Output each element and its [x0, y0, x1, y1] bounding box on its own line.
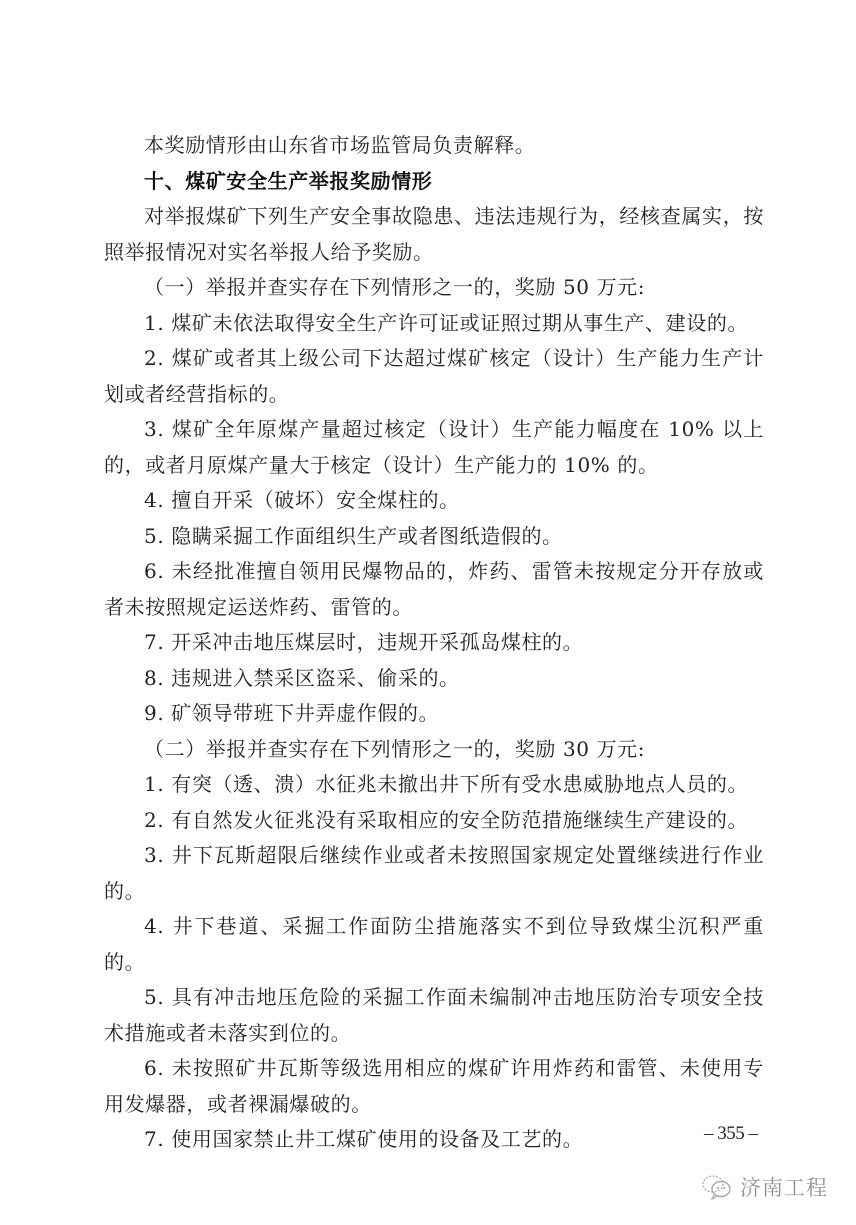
list-item: 4. 井下巷道、采掘工作面防尘措施落实不到位导致煤尘沉积严重的。	[104, 909, 764, 980]
list-item: 7. 开采冲击地压煤层时，违规开采孤岛煤柱的。	[104, 625, 764, 661]
list-item: 2. 煤矿或者其上级公司下达超过煤矿核定（设计）生产能力生产计划或者经营指标的。	[104, 341, 764, 412]
document-page: 本奖励情形由山东省市场监管局负责解释。 十、煤矿安全生产举报奖励情形 对举报煤矿…	[0, 0, 856, 1225]
subsection-heading-30w: （二）举报并查实存在下列情形之一的，奖励 30 万元:	[104, 732, 764, 768]
list-item: 5. 具有冲击地压危险的采掘工作面未编制冲击地压防治专项安全技术措施或者未落实到…	[104, 980, 764, 1051]
list-item: 7. 使用国家禁止井工煤矿使用的设备及工艺的。	[104, 1122, 764, 1158]
list-item: 6. 未经批准擅自领用民爆物品的，炸药、雷管未按规定分开存放或者未按照规定运送炸…	[104, 554, 764, 625]
list-item: 3. 煤矿全年原煤产量超过核定（设计）生产能力幅度在 10% 以上的，或者月原煤…	[104, 412, 764, 483]
document-body: 本奖励情形由山东省市场监管局负责解释。 十、煤矿安全生产举报奖励情形 对举报煤矿…	[104, 128, 764, 1158]
list-item: 9. 矿领导带班下井弄虚作假的。	[104, 696, 764, 732]
list-item: 8. 违规进入禁采区盗采、偷采的。	[104, 661, 764, 697]
page-number: – 355 –	[704, 1123, 758, 1145]
list-item: 4. 擅自开采（破坏）安全煤柱的。	[104, 483, 764, 519]
wechat-icon	[700, 1173, 734, 1201]
list-item: 6. 未按照矿井瓦斯等级选用相应的煤矿许用炸药和雷管、未使用专用发爆器，或者裸漏…	[104, 1051, 764, 1122]
list-item: 3. 井下瓦斯超限后继续作业或者未按照国家规定处置继续进行作业的。	[104, 838, 764, 909]
list-item: 5. 隐瞒采掘工作面组织生产或者图纸造假的。	[104, 519, 764, 555]
list-item: 2. 有自然发火征兆没有采取相应的安全防范措施继续生产建设的。	[104, 803, 764, 839]
watermark-text: 济南工程	[740, 1172, 828, 1202]
subsection-heading-50w: （一）举报并查实存在下列情形之一的，奖励 50 万元:	[104, 270, 764, 306]
paragraph-intro: 对举报煤矿下列生产安全事故隐患、违法违规行为，经核查属实，按照举报情况对实名举报…	[104, 199, 764, 270]
list-item: 1. 有突（透、溃）水征兆未撤出井下所有受水患威胁地点人员的。	[104, 767, 764, 803]
list-item: 1. 煤矿未依法取得安全生产许可证或证照过期从事生产、建设的。	[104, 306, 764, 342]
watermark: 济南工程	[700, 1172, 828, 1202]
paragraph-interpretation-note: 本奖励情形由山东省市场监管局负责解释。	[104, 128, 764, 164]
section-heading: 十、煤矿安全生产举报奖励情形	[104, 164, 764, 200]
